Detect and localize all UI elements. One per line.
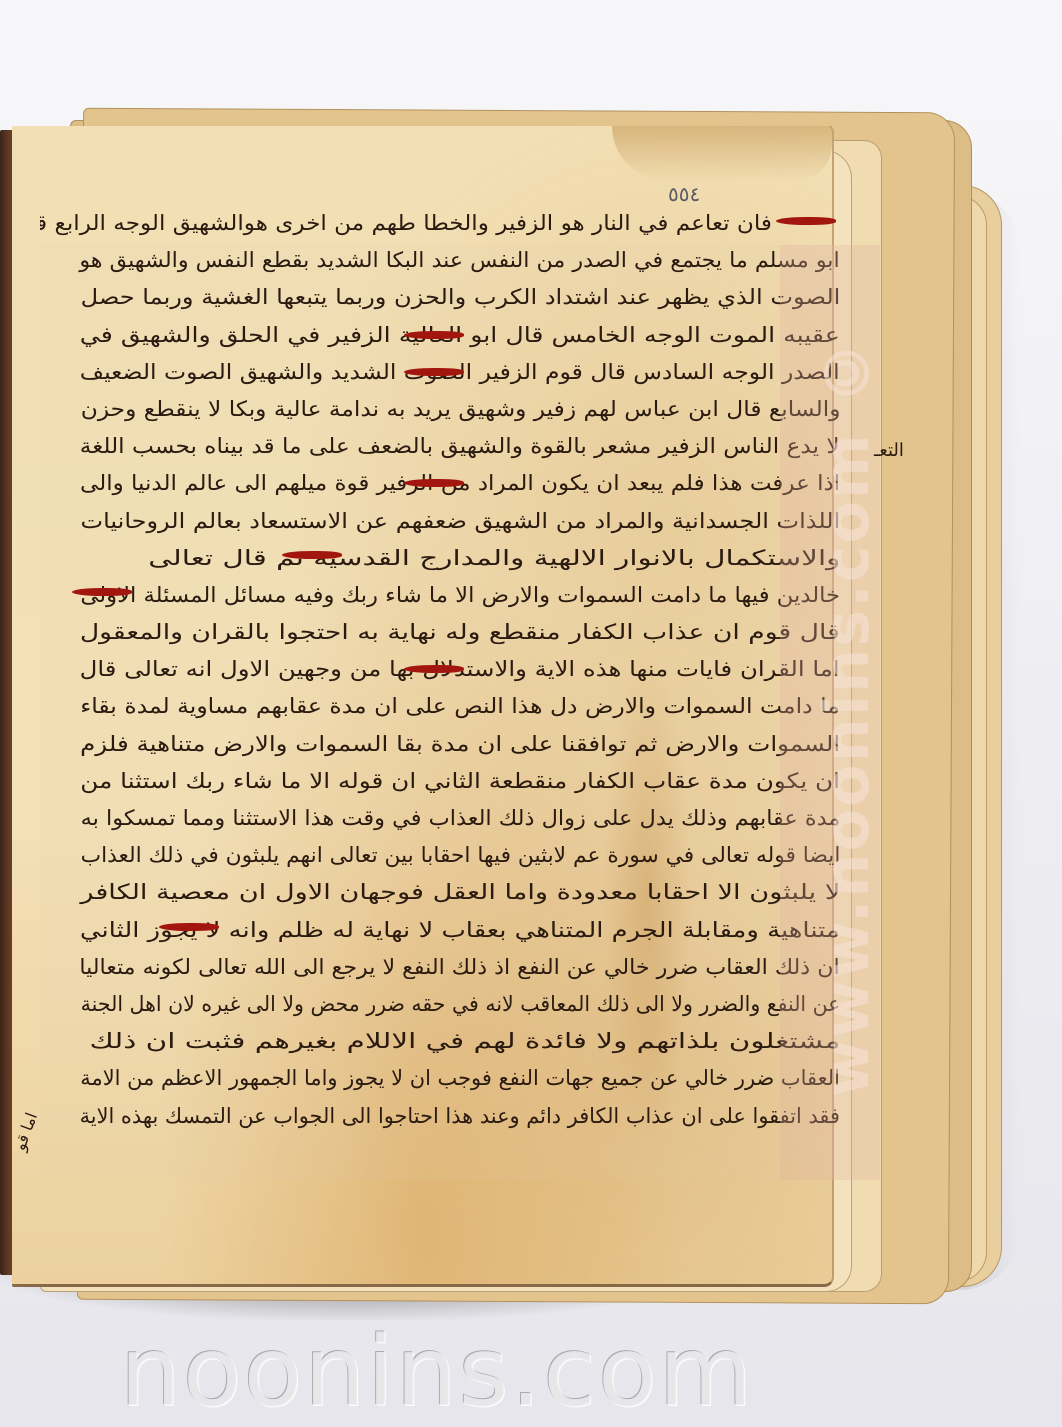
rubric-mark	[404, 479, 464, 487]
text-line: ما دامت السموات والارض دل هذا النص على ا…	[40, 688, 840, 725]
text-line: مدة عقابهم وذلك يدل على زوال ذلك العذاب …	[40, 800, 840, 837]
text-line: ان يكون مدة عقاب الكفار منقطعة الثاني ان…	[40, 763, 840, 800]
text-line-content: خالدين فيها ما دامت السموات والارض الا م…	[80, 577, 840, 614]
manuscript-text: فان تعاعم في النار هو الزفير والخطا طهم …	[40, 205, 840, 1135]
text-line: اذا عرفت هذا فلم يبعد ان يكون المراد من …	[40, 465, 840, 502]
text-line-content: اللذات الجسدانية والمراد من الشهيق ضعفهم…	[80, 503, 840, 540]
text-line-content: ابو مسلم ما يجتمع في الصدر من النفس عند …	[80, 242, 840, 279]
text-line: والاستكمال بالانوار الالهية والمدارج الق…	[40, 540, 840, 577]
text-line: مشتغلون بلذاتهم ولا فائدة لهم في الاللام…	[40, 1023, 840, 1060]
text-line-content: والسابع قال ابن عباس لهم زفير وشهيق يريد…	[80, 391, 840, 428]
text-line-content: ان ذلك العقاب ضرر خالي عن النفع اذ ذلك ا…	[80, 949, 840, 986]
text-line: خالدين فيها ما دامت السموات والارض الا م…	[40, 577, 840, 614]
text-line: ابو مسلم ما يجتمع في الصدر من النفس عند …	[40, 242, 840, 279]
text-line-content: مشتغلون بلذاتهم ولا فائدة لهم في الاللام…	[89, 1023, 840, 1060]
text-line-content: العقاب ضرر خالي عن جميع جهات النفع فوجب …	[80, 1060, 840, 1097]
text-line: لا يدع الناس الزفير مشعر بالقوة والشهيق …	[40, 428, 840, 465]
torn-edge-stain	[612, 126, 832, 181]
margin-note-right: التعـ	[874, 440, 904, 461]
text-line: ان ذلك العقاب ضرر خالي عن النفع اذ ذلك ا…	[40, 949, 840, 986]
text-line-content: قال قوم ان عذاب الكفار منقطع وله نهاية ب…	[80, 614, 840, 651]
text-line: السموات والارض ثم توافقنا على ان مدة بقا…	[40, 726, 840, 763]
text-line-content: فقد اتفقوا على ان عذاب الكافر دائم وعند …	[80, 1098, 840, 1135]
text-line: اللذات الجسدانية والمراد من الشهيق ضعفهم…	[40, 503, 840, 540]
text-line-content: مدة عقابهم وذلك يدل على زوال ذلك العذاب …	[80, 800, 840, 837]
text-line: والسابع قال ابن عباس لهم زفير وشهيق يريد…	[40, 391, 840, 428]
text-line-content: لا يلبثون الا احقابا معدودة واما العقل ف…	[80, 874, 840, 911]
text-line-content: السموات والارض ثم توافقنا على ان مدة بقا…	[80, 726, 840, 763]
rubric-mark	[404, 368, 464, 376]
text-line: لا يلبثون الا احقابا معدودة واما العقل ف…	[40, 874, 840, 911]
text-line: الصدر الوجه السادس قال قوم الزفير الصوت …	[40, 354, 840, 391]
text-line: عن النفع والضرر ولا الى ذلك المعاقب لانه…	[40, 986, 840, 1023]
text-line: ايضا قوله تعالى في سورة عم لابثين فيها ا…	[40, 837, 840, 874]
text-line: قال قوم ان عذاب الكفار منقطع وله نهاية ب…	[40, 614, 840, 651]
watermark-bottom: noonins.com	[120, 1325, 740, 1420]
text-line: اما القران فايات منها هذه الاية والاستدل…	[40, 651, 840, 688]
rubric-mark	[159, 923, 219, 931]
text-line: العقاب ضرر خالي عن جميع جهات النفع فوجب …	[40, 1060, 840, 1097]
manuscript-photo: ٥٥٤ فان تعاعم في النار هو الزفير والخطا …	[0, 0, 1062, 1427]
text-line-content: فان تعاعم في النار هو الزفير والخطا طهم …	[40, 205, 772, 242]
rubric-mark	[776, 217, 836, 225]
text-line: الصوت الذي يظهر عند اشتداد الكرب والحزن …	[40, 279, 840, 316]
text-line: فقد اتفقوا على ان عذاب الكافر دائم وعند …	[40, 1098, 840, 1135]
rubric-mark	[282, 551, 342, 559]
rubric-mark	[404, 665, 464, 673]
text-line-content: ما دامت السموات والارض دل هذا النص على ا…	[80, 688, 840, 725]
text-line-content: والاستكمال بالانوار الالهية والمدارج الق…	[148, 540, 840, 577]
text-line-content: ايضا قوله تعالى في سورة عم لابثين فيها ا…	[80, 837, 840, 874]
watermark-vertical: www.noonins.com ©	[810, 250, 870, 1180]
text-line-content: عن النفع والضرر ولا الى ذلك المعاقب لانه…	[80, 986, 840, 1023]
text-line-content: ان يكون مدة عقاب الكفار منقطعة الثاني ان…	[80, 763, 840, 800]
rubric-mark	[72, 588, 132, 596]
page-number: ٥٥٤	[668, 182, 700, 206]
rubric-mark	[404, 331, 464, 339]
text-line: عقيبه الموت الوجه الخامس قال ابو العالية…	[40, 317, 840, 354]
text-line: متناهية ومقابلة الجرم المتناهي بعقاب لا …	[40, 912, 840, 949]
text-line-content: لا يدع الناس الزفير مشعر بالقوة والشهيق …	[80, 428, 840, 465]
text-line-content: الصوت الذي يظهر عند اشتداد الكرب والحزن …	[80, 279, 840, 316]
text-line: فان تعاعم في النار هو الزفير والخطا طهم …	[40, 205, 840, 242]
